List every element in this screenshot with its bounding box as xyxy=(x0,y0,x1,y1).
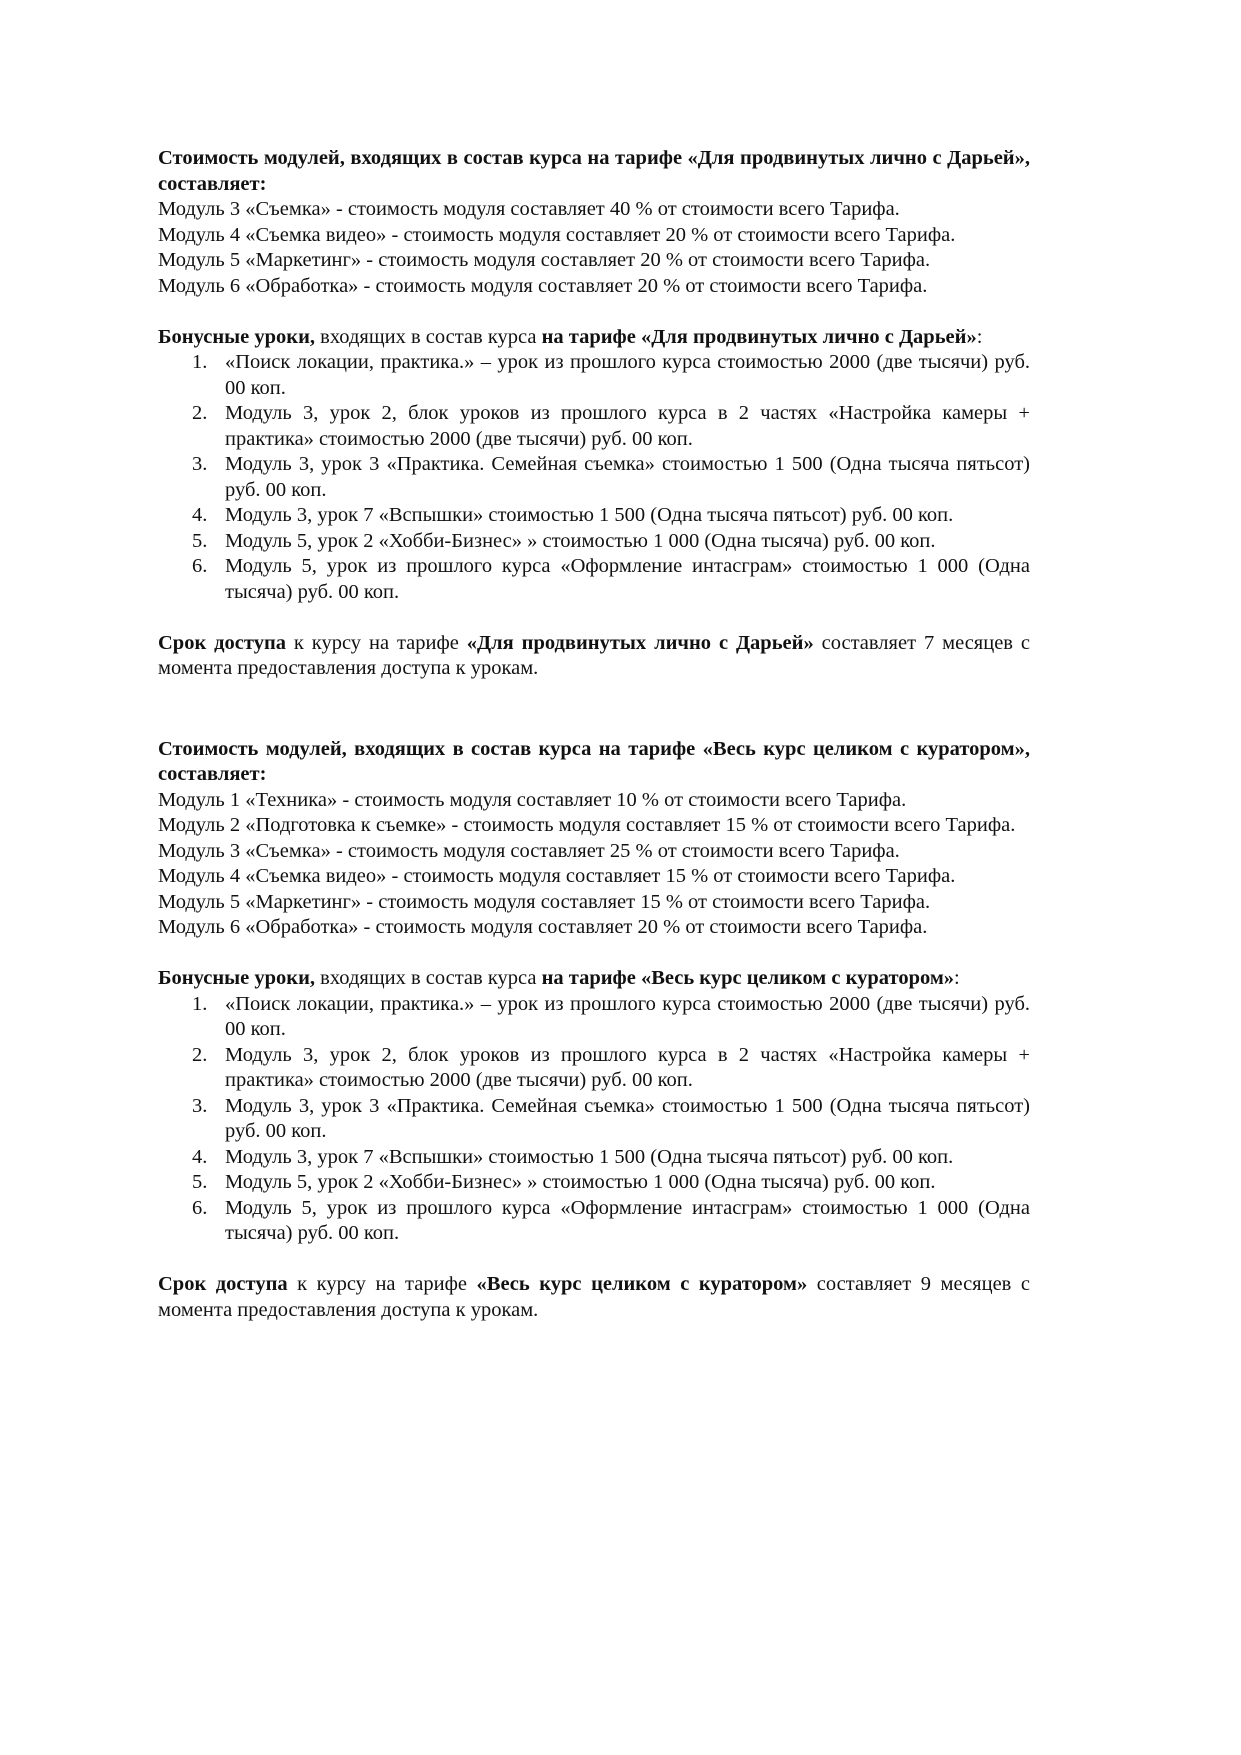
list-number: 6. xyxy=(192,554,207,580)
bonus-lesson-item: 5.Модуль 5, урок 2 «Хобби-Бизнес» » стои… xyxy=(158,1170,1030,1196)
list-number: 5. xyxy=(192,1170,207,1196)
text-run: Стоимость модулей, входящих в состав кур… xyxy=(158,738,1030,786)
bonus-lesson-text: Модуль 3, урок 2, блок уроков из прошлог… xyxy=(225,402,1030,450)
bonus-lesson-text: Модуль 3, урок 3 «Практика. Семейная съе… xyxy=(225,1095,1030,1143)
bonus-lesson-item: 2.Модуль 3, урок 2, блок уроков из прошл… xyxy=(158,1043,1030,1094)
list-number: 2. xyxy=(192,1043,207,1069)
text-run: Бонусные уроки, xyxy=(158,326,315,348)
tariff-section-advanced: Стоимость модулей, входящих в состав кур… xyxy=(158,146,1030,682)
text-run: Срок доступа xyxy=(158,1273,288,1295)
bonus-lessons-list: 1.«Поиск локации, практика.» – урок из п… xyxy=(158,350,1030,605)
text-run: к курсу на тарифе xyxy=(286,632,467,654)
list-number: 3. xyxy=(192,452,207,478)
list-number: 5. xyxy=(192,529,207,555)
list-number: 1. xyxy=(192,992,207,1018)
bonus-lessons-list: 1.«Поиск локации, практика.» – урок из п… xyxy=(158,992,1030,1247)
module-cost-line: Модуль 3 «Съемка» - стоимость модуля сос… xyxy=(158,197,1030,223)
bonus-lesson-text: Модуль 5, урок 2 «Хобби-Бизнес» » стоимо… xyxy=(225,1171,935,1193)
bonus-lesson-text: Модуль 3, урок 2, блок уроков из прошлог… xyxy=(225,1044,1030,1092)
text-run: Стоимость модулей, входящих в состав кур… xyxy=(158,147,1030,195)
list-number: 6. xyxy=(192,1196,207,1222)
list-number: 2. xyxy=(192,401,207,427)
bonus-lesson-item: 4.Модуль 3, урок 7 «Вспышки» стоимостью … xyxy=(158,503,1030,529)
module-cost-line: Модуль 6 «Обработка» - стоимость модуля … xyxy=(158,915,1030,941)
access-term-paragraph: Срок доступа к курсу на тарифе «Весь кур… xyxy=(158,1272,1030,1323)
module-cost-list: Модуль 1 «Техника» - стоимость модуля со… xyxy=(158,788,1030,941)
bonus-lesson-text: Модуль 3, урок 7 «Вспышки» стоимостью 1 … xyxy=(225,504,953,526)
text-run: Бонусные уроки, xyxy=(158,967,315,989)
module-cost-heading: Стоимость модулей, входящих в состав кур… xyxy=(158,737,1030,788)
bonus-lesson-text: Модуль 3, урок 3 «Практика. Семейная съе… xyxy=(225,453,1030,501)
bonus-lesson-text: Модуль 5, урок 2 «Хобби-Бизнес» » стоимо… xyxy=(225,530,935,552)
text-run: «Для продвинутых лично с Дарьей» xyxy=(467,632,814,654)
list-number: 4. xyxy=(192,1145,207,1171)
bonus-lesson-item: 5.Модуль 5, урок 2 «Хобби-Бизнес» » стои… xyxy=(158,529,1030,555)
bonus-lesson-item: 3.Модуль 3, урок 3 «Практика. Семейная с… xyxy=(158,452,1030,503)
list-number: 1. xyxy=(192,350,207,376)
module-cost-heading: Стоимость модулей, входящих в состав кур… xyxy=(158,146,1030,197)
bonus-lesson-text: Модуль 3, урок 7 «Вспышки» стоимостью 1 … xyxy=(225,1146,953,1168)
module-cost-line: Модуль 4 «Съемка видео» - стоимость моду… xyxy=(158,864,1030,890)
list-number: 4. xyxy=(192,503,207,529)
bonus-lesson-text: Модуль 5, урок из прошлого курса «Оформл… xyxy=(225,1197,1030,1245)
bonus-lessons-heading: Бонусные уроки, входящих в состав курса … xyxy=(158,966,1030,992)
bonus-lesson-item: 2.Модуль 3, урок 2, блок уроков из прошл… xyxy=(158,401,1030,452)
text-run: «Весь курс целиком с куратором» xyxy=(477,1273,808,1295)
bonus-lesson-text: Модуль 5, урок из прошлого курса «Оформл… xyxy=(225,555,1030,603)
text-run: на тарифе «Для продвинутых лично с Дарье… xyxy=(542,326,977,348)
module-cost-list: Модуль 3 «Съемка» - стоимость модуля сос… xyxy=(158,197,1030,299)
module-cost-line: Модуль 3 «Съемка» - стоимость модуля сос… xyxy=(158,839,1030,865)
text-run: : xyxy=(977,326,983,348)
list-number: 3. xyxy=(192,1094,207,1120)
text-run: к курсу на тарифе xyxy=(288,1273,477,1295)
module-cost-line: Модуль 5 «Маркетинг» - стоимость модуля … xyxy=(158,890,1030,916)
text-run: входящих в состав курса xyxy=(315,326,542,348)
text-run: Срок доступа xyxy=(158,632,286,654)
bonus-lessons-heading: Бонусные уроки, входящих в состав курса … xyxy=(158,325,1030,351)
bonus-lesson-item: 6.Модуль 5, урок из прошлого курса «Офор… xyxy=(158,554,1030,605)
text-run: входящих в состав курса xyxy=(315,967,542,989)
module-cost-line: Модуль 2 «Подготовка к съемке» - стоимос… xyxy=(158,813,1030,839)
text-run: на тарифе «Весь курс целиком с куратором… xyxy=(542,967,954,989)
bonus-lesson-text: «Поиск локации, практика.» – урок из про… xyxy=(225,993,1030,1041)
document-page: Стоимость модулей, входящих в состав кур… xyxy=(158,146,1030,1323)
bonus-lesson-text: «Поиск локации, практика.» – урок из про… xyxy=(225,351,1030,399)
bonus-lesson-item: 1.«Поиск локации, практика.» – урок из п… xyxy=(158,350,1030,401)
module-cost-line: Модуль 5 «Маркетинг» - стоимость модуля … xyxy=(158,248,1030,274)
module-cost-line: Модуль 4 «Съемка видео» - стоимость моду… xyxy=(158,223,1030,249)
bonus-lesson-item: 4.Модуль 3, урок 7 «Вспышки» стоимостью … xyxy=(158,1145,1030,1171)
text-run: : xyxy=(954,967,960,989)
bonus-lesson-item: 1.«Поиск локации, практика.» – урок из п… xyxy=(158,992,1030,1043)
module-cost-line: Модуль 6 «Обработка» - стоимость модуля … xyxy=(158,274,1030,300)
bonus-lesson-item: 6.Модуль 5, урок из прошлого курса «Офор… xyxy=(158,1196,1030,1247)
access-term-paragraph: Срок доступа к курсу на тарифе «Для прод… xyxy=(158,631,1030,682)
module-cost-line: Модуль 1 «Техника» - стоимость модуля со… xyxy=(158,788,1030,814)
bonus-lesson-item: 3.Модуль 3, урок 3 «Практика. Семейная с… xyxy=(158,1094,1030,1145)
tariff-section-curator: Стоимость модулей, входящих в состав кур… xyxy=(158,737,1030,1324)
